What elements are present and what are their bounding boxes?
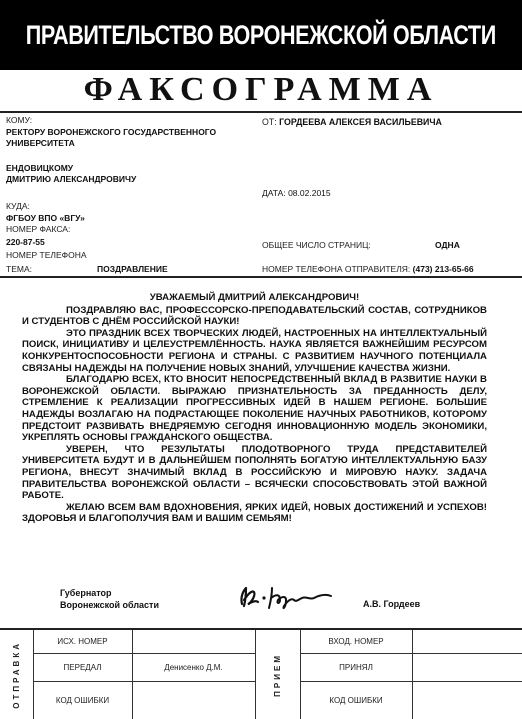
date-field: ДАТА: 08.02.2015 (262, 188, 331, 198)
handwritten-signature-icon (236, 582, 336, 612)
to-name-line2: ДМИТРИЮ АЛЕКСАНДРОВИЧУ (6, 174, 136, 184)
to-recipient-line1: РЕКТОРУ ВОРОНЕЖСКОГО ГОСУДАРСТВЕННОГО (6, 127, 216, 137)
receive-row-label: КОД ОШИБКИ (300, 681, 412, 719)
signatory-name: А.В. Гордеев (363, 599, 420, 609)
receive-row-value (412, 629, 522, 653)
sender-phone-field: НОМЕР ТЕЛЕФОНА ОТПРАВИТЕЛЯ: (473) 213-65… (262, 264, 474, 274)
send-row-value: Денисенко Д.М. (132, 653, 255, 681)
receive-row-value (412, 653, 522, 681)
to-name-line1: ЕНДОВИЦКОМУ (6, 163, 73, 173)
letter-paragraph: ЭТО ПРАЗДНИК ВСЕХ ТВОРЧЕСКИХ ЛЮДЕЙ, НАСТ… (22, 328, 487, 374)
pages-value: ОДНА (435, 240, 460, 250)
receive-row-label: ПРИНЯЛ (300, 653, 412, 681)
to-label: КОМУ: (6, 115, 32, 125)
send-section-label: ОТПРАВКА (12, 641, 21, 709)
receive-section-label: ПРИЕМ (273, 653, 282, 697)
send-row-value (132, 681, 255, 719)
letter-paragraph: БЛАГОДАРЮ ВСЕХ, КТО ВНОСИТ НЕПОСРЕДСТВЕН… (22, 374, 487, 444)
signatory-title-line2: Воронежской области (60, 599, 159, 611)
organization-name: ПРАВИТЕЛЬСТВО ВОРОНЕЖСКОЙ ОБЛАСТИ (26, 20, 496, 51)
send-row-label: ПЕРЕДАЛ (33, 653, 132, 681)
document-type-title: ФАКСОГРАММА (0, 72, 522, 108)
letter-greeting: УВАЖАЕМЫЙ ДМИТРИЙ АЛЕКСАНДРОВИЧ! (22, 292, 487, 304)
letter-paragraph: ЖЕЛАЮ ВСЕМ ВАМ ВДОХНОВЕНИЯ, ЯРКИХ ИДЕЙ, … (22, 502, 487, 525)
send-row-label: ИСХ. НОМЕР (33, 629, 132, 653)
date-value: 08.02.2015 (288, 188, 331, 198)
pages-label: ОБЩЕЕ ЧИСЛО СТРАНИЦ: (262, 240, 371, 250)
subject-label: ТЕМА: (6, 264, 32, 274)
send-row-value (132, 629, 255, 653)
transmission-log-table: ОТПРАВКА ИСХ. НОМЕР ПРИЕМ ВХОД. НОМЕР ПЕ… (0, 628, 522, 719)
from-value: ГОРДЕЕВА АЛЕКСЕЯ ВАСИЛЬЕВИЧА (279, 117, 442, 127)
send-section-header: ОТПРАВКА (0, 629, 33, 719)
from-field: ОТ: ГОРДЕЕВА АЛЕКСЕЯ ВАСИЛЬЕВИЧА (262, 117, 442, 127)
fax-number-value: 220-87-55 (6, 237, 45, 247)
sender-phone-value: (473) 213-65-66 (413, 264, 474, 274)
letter-paragraph: УВЕРЕН, ЧТО РЕЗУЛЬТАТЫ ПЛОДОТВОРНОГО ТРУ… (22, 444, 487, 502)
organization-banner: ПРАВИТЕЛЬСТВО ВОРОНЕЖСКОЙ ОБЛАСТИ (0, 0, 522, 70)
receive-section-header: ПРИЕМ (255, 629, 300, 719)
letter-paragraph: ПОЗДРАВЛЯЮ ВАС, ПРОФЕССОРСКО-ПРЕПОДАВАТЕ… (22, 305, 487, 328)
where-label: КУДА: (6, 201, 30, 211)
where-value: ФГБОУ ВПО «ВГУ» (6, 213, 85, 223)
fields-divider (0, 276, 522, 278)
date-label: ДАТА: (262, 188, 286, 198)
letter-body: УВАЖАЕМЫЙ ДМИТРИЙ АЛЕКСАНДРОВИЧ! ПОЗДРАВ… (22, 292, 487, 525)
receive-row-value (412, 681, 522, 719)
subject-value: ПОЗДРАВЛЕНИЕ (97, 264, 168, 274)
header-divider (0, 111, 522, 113)
receive-row-label: ВХОД. НОМЕР (300, 629, 412, 653)
to-recipient-line2: УНИВЕРСИТЕТА (6, 138, 75, 148)
from-label: ОТ: (262, 117, 277, 127)
signatory-title-line1: Губернатор (60, 587, 159, 599)
signatory-title: Губернатор Воронежской области (60, 587, 159, 611)
phone-label: НОМЕР ТЕЛЕФОНА (6, 250, 87, 260)
send-row-label: КОД ОШИБКИ (33, 681, 132, 719)
fax-number-label: НОМЕР ФАКСА: (6, 224, 70, 234)
table-row: ОТПРАВКА ИСХ. НОМЕР ПРИЕМ ВХОД. НОМЕР (0, 629, 522, 653)
sender-phone-label: НОМЕР ТЕЛЕФОНА ОТПРАВИТЕЛЯ: (262, 264, 410, 274)
